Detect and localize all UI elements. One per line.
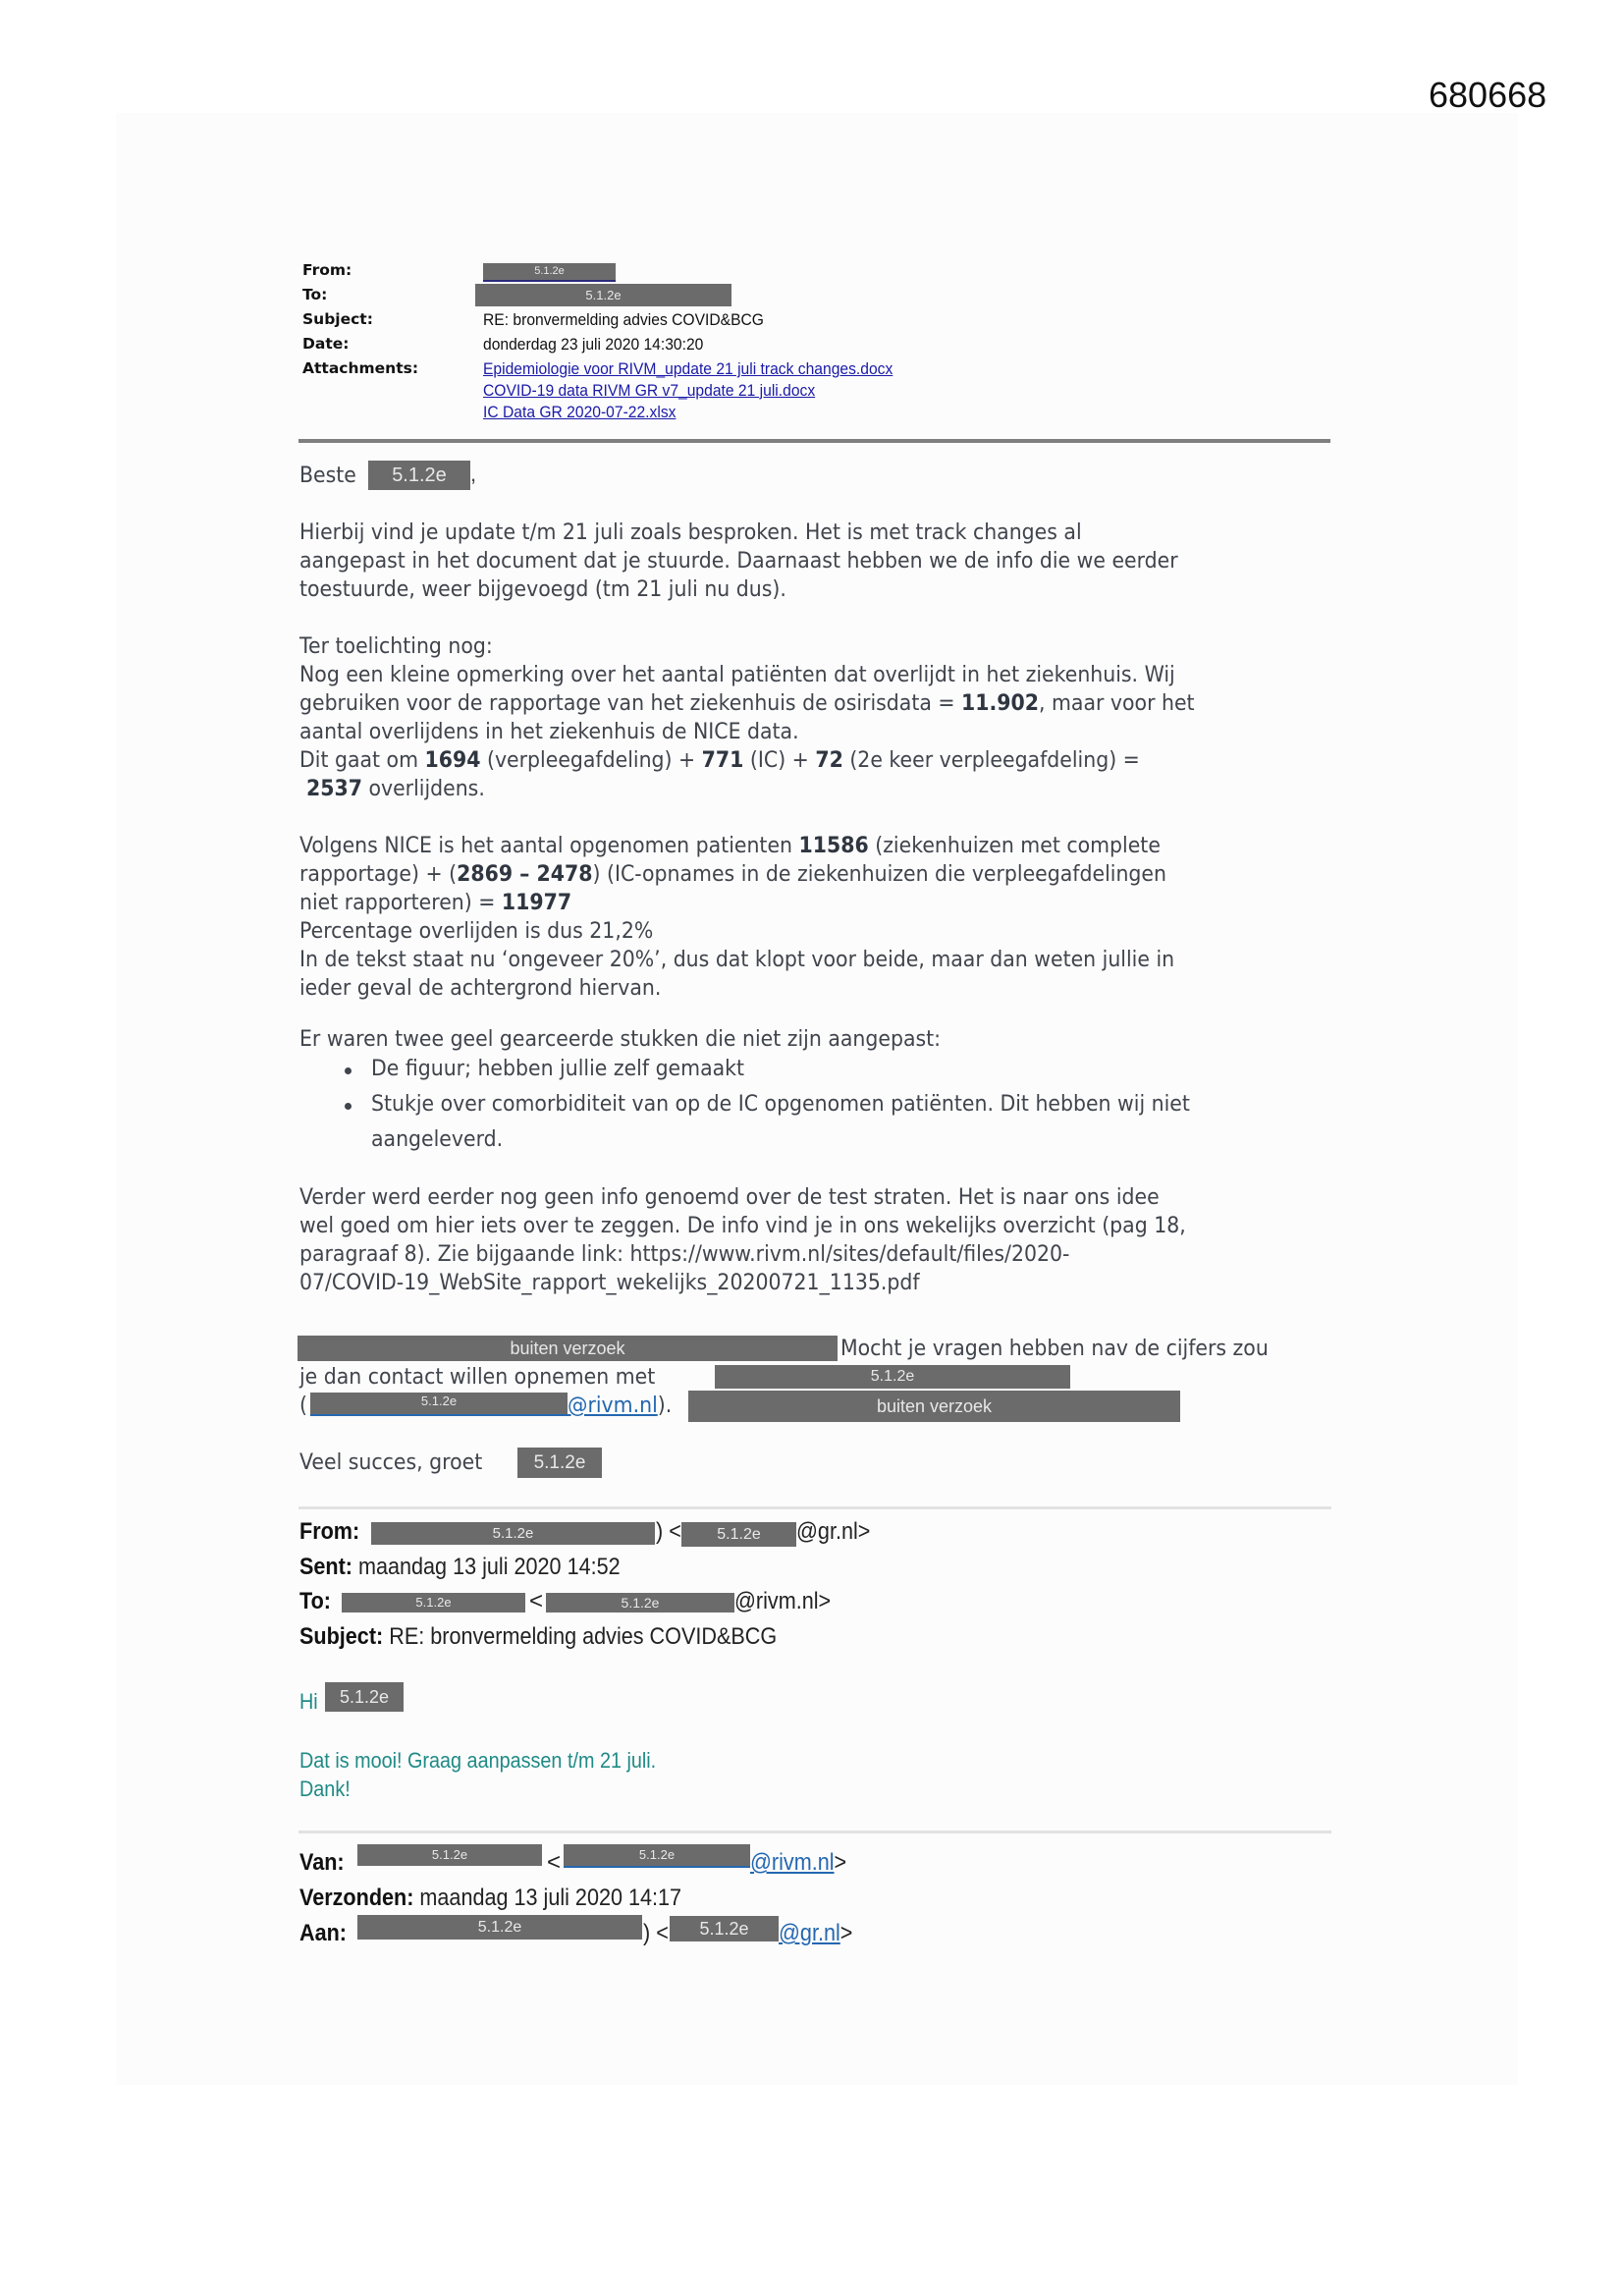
redacted-to: 5.1.2e (475, 284, 731, 306)
label: Subject: (299, 1623, 383, 1650)
date-label: Date: (302, 335, 349, 353)
para6-line: Mocht je vragen hebben nav de cijfers zo… (840, 1337, 1269, 1361)
deaths-ic: 771 (702, 748, 744, 773)
para3-line: Percentage overlijden is dus 21,2% (299, 919, 653, 944)
para6-email-line: @rivm.nl). (568, 1394, 672, 1418)
van-email-link[interactable]: @rivm.nl (750, 1849, 835, 1876)
redacted-contact-name: 5.1.2e (715, 1365, 1070, 1389)
deaths-ward-second: 72 (815, 748, 842, 773)
redacted-from: 5.1.2e (483, 263, 616, 282)
para3-line: Volgens NICE is het aantal opgenomen pat… (299, 834, 1161, 858)
reply2-aan-email: @gr.nl> (779, 1920, 852, 1947)
redacted-reply1-to-email: 5.1.2e (546, 1593, 734, 1613)
reply1-body-line: Dank! (299, 1777, 351, 1802)
osiris-count: 11.902 (961, 691, 1039, 716)
reply1-body-line: Dat is mooi! Graag aanpassen t/m 21 juli… (299, 1748, 656, 1774)
attachment-link: Epidemiologie voor RIVM_update 21 juli t… (483, 359, 893, 379)
para5-line: wel goed om hier iets over te zeggen. De… (299, 1214, 1186, 1238)
text: ). (658, 1394, 672, 1418)
para5-line: 07/COVID-19_WebSite_rapport_wekelijks_20… (299, 1271, 920, 1295)
from-label: From: (302, 261, 352, 279)
label: To: (299, 1588, 331, 1614)
bullet-item-continued: aangeleverd. (371, 1127, 503, 1152)
para1-line: Hierbij vind je update t/m 21 juli zoals… (299, 520, 1082, 545)
text: > (835, 1849, 847, 1876)
value: RE: bronvermelding advies COVID&BCG (389, 1623, 777, 1650)
attachment-2[interactable]: COVID-19 data RIVM GR v7_update 21 juli.… (483, 381, 815, 400)
redacted-reply1-from-email: 5.1.2e (681, 1522, 796, 1547)
reply2-aan-bracket: ) < (643, 1920, 669, 1947)
para5-line: paragraaf 8). Zie bijgaande link: https:… (299, 1242, 1069, 1267)
text: rapportage) + ( (299, 862, 457, 887)
para3-line: In de tekst staat nu ‘ongeveer 20%’, dus… (299, 948, 1174, 972)
deaths-ward: 1694 (425, 748, 481, 773)
bullet-item: De figuur; hebben jullie zelf gemaakt (371, 1057, 744, 1081)
attachment-link: IC Data GR 2020-07-22.xlsx (483, 403, 676, 422)
redacted-reply1-from-name: 5.1.2e (371, 1522, 655, 1545)
redacted-out-of-scope: buiten verzoek (298, 1336, 838, 1361)
label: Van: (299, 1849, 345, 1876)
reply2-van-label: Van: (299, 1849, 345, 1877)
para1-line: toestuurde, weer bijgevoegd (tm 21 juli … (299, 577, 786, 602)
reply-divider (298, 1831, 1331, 1833)
label: Verzonden: (299, 1885, 413, 1911)
para4-intro: Er waren twee geel gearceerde stukken di… (299, 1027, 941, 1052)
deaths-total: 2537 (306, 777, 362, 801)
subject-label: Subject: (302, 310, 373, 328)
text: gebruiken voor de rapportage van het zie… (299, 691, 961, 716)
aan-email-link[interactable]: @gr.nl (779, 1920, 840, 1946)
redacted-reply2-van-email: 5.1.2e (564, 1844, 750, 1868)
greeting: Beste (299, 464, 356, 488)
reply2-van-email: @rivm.nl> (750, 1849, 846, 1877)
text: niet rapporteren) = (299, 891, 502, 915)
reply2-aan-label: Aan: (299, 1920, 347, 1947)
text: ) (IC-opnames in de ziekenhuizen die ver… (592, 862, 1165, 887)
reply1-sent: Sent: maandag 13 juli 2020 14:52 (299, 1554, 621, 1581)
redacted-reply2-aan-email: 5.1.2e (670, 1916, 779, 1941)
reply1-from-bracket: ) < (656, 1518, 681, 1546)
bullet-icon (345, 1067, 352, 1074)
reply2-van-bracket: < (547, 1849, 561, 1877)
para3-line: niet rapporteren) = 11977 (299, 891, 571, 915)
para6-line: je dan contact willen opnemen met (299, 1365, 655, 1390)
contact-email-link[interactable]: @rivm.nl (568, 1394, 658, 1418)
value: maandag 13 juli 2020 14:52 (358, 1554, 621, 1580)
reply1-from-label: From: (299, 1518, 359, 1546)
para2-line: gebruiken voor de rapportage van het zie… (299, 691, 1195, 716)
redacted-reply1-recipient: 5.1.2e (325, 1682, 404, 1712)
redacted-out-of-scope: buiten verzoek (688, 1391, 1180, 1422)
para3-line: rapportage) + (2869 – 2478) (IC-opnames … (299, 862, 1166, 887)
subject-value: RE: bronvermelding advies COVID&BCG (483, 310, 764, 330)
bullet-item: Stukje over comorbiditeit van op de IC o… (371, 1092, 1190, 1117)
text: (verpleegafdeling) + (480, 748, 701, 773)
text: Dit gaat om (299, 748, 425, 773)
value: maandag 13 juli 2020 14:17 (419, 1885, 681, 1911)
text: (ziekenhuizen met complete (869, 834, 1161, 858)
attachment-3[interactable]: IC Data GR 2020-07-22.xlsx (483, 403, 676, 421)
greeting-comma: , (470, 462, 476, 487)
to-label: To: (302, 286, 327, 303)
header-divider (298, 439, 1330, 443)
closing: Veel succes, groet (299, 1450, 482, 1475)
text: , maar voor het (1039, 691, 1195, 716)
attachment-link: COVID-19 data RIVM GR v7_update 21 juli.… (483, 381, 815, 401)
reply1-greeting: Hi (299, 1689, 318, 1715)
para2-line: Nog een kleine opmerking over het aantal… (299, 663, 1175, 687)
redacted-recipient-name: 5.1.2e (368, 461, 470, 490)
date-value: donderdag 23 juli 2020 14:30:20 (483, 335, 703, 355)
para2-line: Dit gaat om 1694 (verpleegafdeling) + 77… (299, 748, 1140, 773)
para6-paren-open: ( (299, 1394, 307, 1418)
para2-line: aantal overlijdens in het ziekenhuis de … (299, 720, 799, 744)
text: overlijdens. (362, 777, 485, 801)
para2-intro: Ter toelichting nog: (299, 634, 493, 659)
reply1-from-domain: @gr.nl> (796, 1518, 870, 1546)
para3-line: ieder geval de achtergrond hiervan. (299, 976, 661, 1001)
admitted-count: 11586 (799, 834, 869, 858)
admitted-total: 11977 (502, 891, 571, 915)
label: From: (299, 1518, 359, 1545)
text: Volgens NICE is het aantal opgenomen pat… (299, 834, 799, 858)
reply1-subject: Subject: RE: bronvermelding advies COVID… (299, 1623, 777, 1651)
page-number: 680668 (1429, 75, 1546, 116)
text: (2e keer verpleegafdeling) = (843, 748, 1140, 773)
attachments-label: Attachments: (302, 359, 418, 377)
attachment-1[interactable]: Epidemiologie voor RIVM_update 21 juli t… (483, 359, 893, 378)
para5-line: Verder werd eerder nog geen info genoemd… (299, 1185, 1160, 1210)
reply1-to-domain: @rivm.nl> (734, 1588, 831, 1615)
reply1-to-label: To: (299, 1588, 331, 1615)
bullet-icon (345, 1103, 352, 1110)
reply1-to-bracket: < (529, 1588, 543, 1615)
greeting-line: Beste (299, 464, 356, 488)
redacted-contact-email: 5.1.2e (310, 1393, 568, 1416)
ic-difference: 2869 – 2478 (457, 862, 592, 887)
label: Aan: (299, 1920, 347, 1946)
para2-line: 2537 overlijdens. (306, 777, 485, 801)
redacted-reply2-aan-name: 5.1.2e (357, 1915, 642, 1940)
redacted-reply2-van-name: 5.1.2e (357, 1844, 542, 1866)
reply2-verzonden: Verzonden: maandag 13 juli 2020 14:17 (299, 1885, 681, 1912)
label: Sent: (299, 1554, 352, 1580)
para1-line: aangepast in het document dat je stuurde… (299, 549, 1178, 574)
reply-divider (298, 1506, 1331, 1509)
redacted-reply1-to-name: 5.1.2e (342, 1593, 525, 1613)
redacted-sender-name: 5.1.2e (517, 1448, 602, 1478)
text: > (840, 1920, 853, 1946)
text: (IC) + (743, 748, 815, 773)
